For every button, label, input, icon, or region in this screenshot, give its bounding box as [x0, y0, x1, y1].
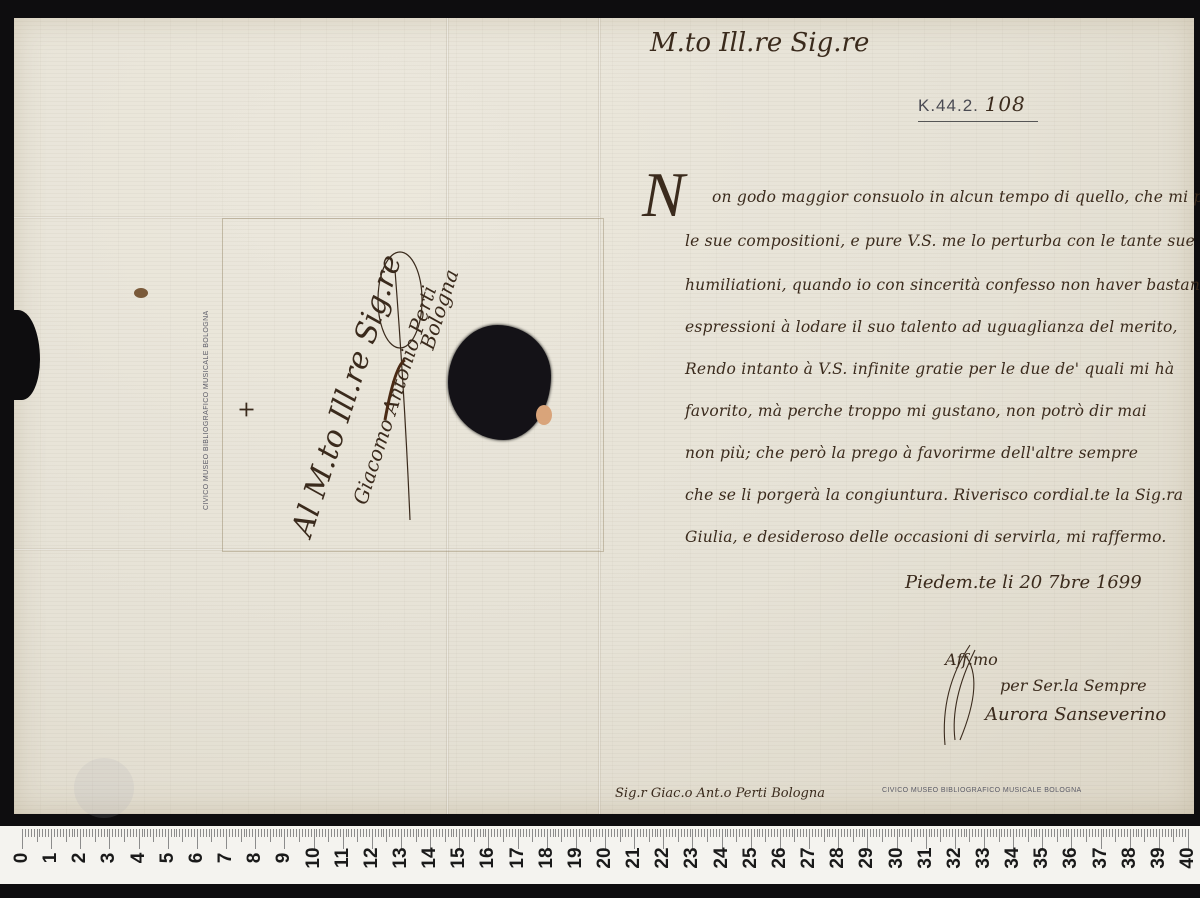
- ruler-tick: [433, 829, 434, 837]
- ruler-tick: [920, 829, 921, 837]
- wax-seal: [448, 325, 551, 440]
- ruler-tick: [1063, 829, 1064, 837]
- ruler-tick: [1153, 829, 1154, 837]
- ruler-tick: [25, 829, 26, 837]
- ruler-tick: [739, 829, 740, 837]
- ruler-tick: [937, 829, 938, 837]
- ruler-tick: [975, 829, 976, 837]
- ruler-tick: [637, 829, 638, 837]
- library-stamp-vertical: CIVICO MUSEO BIBLIOGRAFICO MUSICALE BOLO…: [203, 310, 210, 510]
- ruler-tick: [978, 829, 979, 837]
- ruler-tick: [37, 829, 38, 842]
- ruler-label: 36: [1059, 841, 1083, 875]
- ruler-tick: [287, 829, 288, 837]
- ruler-tick: [471, 829, 472, 837]
- ruler-tick: [713, 829, 714, 837]
- ruler-label: 35: [1030, 841, 1054, 875]
- ruler-tick: [999, 829, 1000, 842]
- ruler-tick: [1060, 829, 1061, 837]
- signature-flourish: [930, 640, 990, 750]
- ruler-label: 30: [885, 841, 909, 875]
- body-line-7: non più; che però la prego à favorirme d…: [685, 444, 1138, 462]
- ruler-tick: [407, 829, 408, 837]
- ruler-tick: [246, 829, 247, 837]
- ruler-tick: [762, 829, 763, 837]
- ruler-tick: [299, 829, 300, 842]
- ruler-tick: [348, 829, 349, 837]
- ruler-tick: [375, 829, 376, 837]
- ruler-tick: [646, 829, 647, 837]
- cross-mark: +: [235, 400, 260, 418]
- ruler-tick: [281, 829, 282, 837]
- ruler-tick: [351, 829, 352, 837]
- ruler-tick: [191, 829, 192, 837]
- ruler-tick: [410, 829, 411, 837]
- ruler-tick: [742, 829, 743, 837]
- ruler-tick: [940, 829, 941, 842]
- ruler-tick: [325, 829, 326, 837]
- ruler-tick: [334, 829, 335, 837]
- ruler-tick: [535, 829, 536, 837]
- ruler-label: 5: [156, 841, 180, 875]
- ruler-tick: [474, 829, 475, 842]
- ruler-tick: [567, 829, 568, 837]
- ruler-tick: [483, 829, 484, 837]
- ruler-tick: [783, 829, 784, 837]
- ruler-tick: [902, 829, 903, 837]
- ruler-tick: [31, 829, 32, 837]
- ruler-tick: [445, 829, 446, 842]
- ruler-tick: [952, 829, 953, 837]
- ruler-tick: [923, 829, 924, 837]
- ruler-tick: [98, 829, 99, 837]
- ruler-tick: [687, 829, 688, 837]
- ruler-tick: [669, 829, 670, 837]
- ruler-tick: [127, 829, 128, 837]
- ruler-tick: [553, 829, 554, 837]
- ruler-tick: [958, 829, 959, 837]
- ruler-tick: [832, 829, 833, 837]
- ruler-tick: [1010, 829, 1011, 837]
- ruler-tick: [631, 829, 632, 837]
- ruler-tick: [395, 829, 396, 837]
- ruler-tick: [520, 829, 521, 837]
- ruler-tick: [115, 829, 116, 837]
- ruler-tick: [86, 829, 87, 837]
- ruler-tick: [389, 829, 390, 837]
- ruler-tick: [555, 829, 556, 837]
- ruler-label: 10: [302, 841, 326, 875]
- ruler-tick: [404, 829, 405, 837]
- ruler-tick: [39, 829, 40, 837]
- ruler-tick: [331, 829, 332, 837]
- ruler-tick: [1077, 829, 1078, 837]
- ruler-tick: [625, 829, 626, 837]
- ruler-tick: [217, 829, 218, 837]
- ruler-tick: [337, 829, 338, 837]
- ruler-tick: [1138, 829, 1139, 837]
- ruler-tick: [515, 829, 516, 837]
- ruler-tick: [824, 829, 825, 842]
- ruler-tick: [328, 829, 329, 842]
- ruler-tick: [427, 829, 428, 837]
- ruler-tick: [704, 829, 705, 837]
- measurement-ruler: 0123456789101112131415161718192021222324…: [0, 826, 1200, 884]
- ruler-tick: [794, 829, 795, 842]
- ruler-tick: [725, 829, 726, 837]
- ruler-tick: [856, 829, 857, 837]
- ruler-tick: [1109, 829, 1110, 837]
- ruler-tick: [931, 829, 932, 837]
- ruler-tick: [1098, 829, 1099, 837]
- ruler-tick: [182, 829, 183, 842]
- ruler-tick: [981, 829, 982, 837]
- ruler-tick: [1022, 829, 1023, 837]
- ruler-tick: [964, 829, 965, 837]
- ruler-tick: [593, 829, 594, 837]
- ruler-tick: [188, 829, 189, 837]
- ruler-tick: [477, 829, 478, 837]
- ruler-tick: [987, 829, 988, 837]
- ruler-tick: [1051, 829, 1052, 837]
- ruler-tick: [620, 829, 621, 842]
- ruler-label: 23: [680, 841, 704, 875]
- ruler-tick: [1066, 829, 1067, 837]
- ruler-tick: [719, 829, 720, 837]
- ruler-tick: [232, 829, 233, 837]
- ruler-tick: [398, 829, 399, 837]
- ruler-tick: [203, 829, 204, 837]
- ruler-tick: [369, 829, 370, 837]
- ruler-tick: [485, 829, 486, 837]
- ruler-tick: [72, 829, 73, 837]
- ruler-tick: [121, 829, 122, 837]
- ruler-label: 6: [185, 841, 209, 875]
- ruler-tick: [34, 829, 35, 837]
- ruler-tick: [465, 829, 466, 837]
- ruler-tick: [882, 829, 883, 842]
- ruler-tick: [876, 829, 877, 837]
- ruler-tick: [1028, 829, 1029, 842]
- ruler-tick: [602, 829, 603, 837]
- ruler-tick: [1086, 829, 1087, 842]
- ruler-tick: [357, 829, 358, 842]
- ruler-tick: [538, 829, 539, 837]
- seal-residue: [536, 405, 552, 425]
- ruler-label: 32: [943, 841, 967, 875]
- ruler-tick: [748, 829, 749, 837]
- ruler-tick: [660, 829, 661, 837]
- address-flourish: [365, 250, 455, 530]
- ruler-tick: [354, 829, 355, 837]
- ruler-tick: [480, 829, 481, 837]
- ruler-label: 27: [797, 841, 821, 875]
- ruler-tick: [66, 829, 67, 842]
- ruler-tick: [870, 829, 871, 837]
- ruler-tick: [1127, 829, 1128, 837]
- ruler-tick: [818, 829, 819, 837]
- ruler-tick: [698, 829, 699, 837]
- ruler-tick: [500, 829, 501, 837]
- ruler-label: 33: [972, 841, 996, 875]
- ruler-tick: [424, 829, 425, 837]
- ruler-tick: [1133, 829, 1134, 837]
- ruler-tick: [316, 829, 317, 837]
- ruler-tick: [1173, 829, 1174, 842]
- ruler-tick: [101, 829, 102, 837]
- ruler-tick: [293, 829, 294, 837]
- ruler-tick: [211, 829, 212, 842]
- ruler-tick: [585, 829, 586, 837]
- body-line-8: che se li porgerà la congiuntura. Riveri…: [685, 486, 1183, 504]
- ruler-tick: [707, 829, 708, 842]
- ruler-tick: [223, 829, 224, 837]
- ruler-label: 7: [214, 841, 238, 875]
- ruler-tick: [754, 829, 755, 837]
- ruler-tick: [966, 829, 967, 837]
- ruler-label: 19: [564, 841, 588, 875]
- ruler-tick: [657, 829, 658, 837]
- ruler-label: 38: [1118, 841, 1142, 875]
- ruler-tick: [1156, 829, 1157, 837]
- ruler-tick: [1025, 829, 1026, 837]
- ruler-tick: [1141, 829, 1142, 837]
- ruler-tick: [1124, 829, 1125, 837]
- ruler-tick: [252, 829, 253, 837]
- ruler-tick: [1176, 829, 1177, 837]
- ruler-tick: [174, 829, 175, 837]
- ruler-tick: [608, 829, 609, 837]
- ruler-tick: [640, 829, 641, 837]
- ruler-tick: [894, 829, 895, 837]
- ruler-tick: [413, 829, 414, 837]
- ruler-tick: [759, 829, 760, 837]
- ruler-tick: [57, 829, 58, 837]
- ruler-tick: [771, 829, 772, 837]
- ruler-tick: [1068, 829, 1069, 837]
- ruler-tick: [812, 829, 813, 837]
- ruler-tick: [588, 829, 589, 837]
- ruler-tick: [1034, 829, 1035, 837]
- ruler-label: 14: [418, 841, 442, 875]
- ruler-tick: [1019, 829, 1020, 837]
- ruler-label: 18: [535, 841, 559, 875]
- body-line-5: Rendo intanto à V.S. infinite gratie per…: [685, 360, 1174, 378]
- ruler-tick: [360, 829, 361, 837]
- ruler-tick: [972, 829, 973, 837]
- ruler-tick: [1083, 829, 1084, 837]
- shelfmark-prefix: K.44.2.: [918, 96, 979, 115]
- ruler-tick: [200, 829, 201, 837]
- ruler-tick: [1106, 829, 1107, 837]
- ruler-tick: [1162, 829, 1163, 837]
- ruler-tick: [523, 829, 524, 837]
- ruler-tick: [381, 829, 382, 837]
- ruler-tick: [806, 829, 807, 837]
- ruler-tick: [1147, 829, 1148, 837]
- salutation: M.to Ill.re Sig.re: [650, 28, 869, 58]
- library-stamp: CIVICO MUSEO BIBLIOGRAFICO MUSICALE BOLO…: [882, 787, 1082, 794]
- ruler-tick: [727, 829, 728, 837]
- ruler-label: 20: [593, 841, 617, 875]
- ruler-tick: [853, 829, 854, 842]
- ruler-label: 8: [243, 841, 267, 875]
- ruler-tick: [214, 829, 215, 837]
- ruler-tick: [194, 829, 195, 837]
- ruler-tick: [1115, 829, 1116, 842]
- ruler-tick: [961, 829, 962, 837]
- shelfmark-number: 108: [985, 92, 1026, 116]
- ruler-tick: [95, 829, 96, 842]
- ruler-tick: [238, 829, 239, 837]
- ruler-tick: [442, 829, 443, 837]
- ruler-label: 26: [768, 841, 792, 875]
- ruler-tick: [934, 829, 935, 837]
- ruler-tick: [611, 829, 612, 837]
- ruler-tick: [695, 829, 696, 837]
- ruler-label: 2: [68, 841, 92, 875]
- ruler-tick: [1045, 829, 1046, 837]
- ruler-tick: [768, 829, 769, 837]
- ruler-label: 9: [272, 841, 296, 875]
- ruler-tick: [800, 829, 801, 837]
- ruler-tick: [171, 829, 172, 837]
- ruler-tick: [847, 829, 848, 837]
- body-line-2: le sue compositioni, e pure V.S. me lo p…: [685, 232, 1195, 250]
- ruler-tick: [1089, 829, 1090, 837]
- ruler-tick: [124, 829, 125, 842]
- ruler-tick: [541, 829, 542, 837]
- ruler-label: 13: [389, 841, 413, 875]
- ruler-tick: [209, 829, 210, 837]
- ruler-tick: [899, 829, 900, 837]
- ruler-tick: [844, 829, 845, 837]
- ruler-label: 24: [710, 841, 734, 875]
- ruler-tick: [990, 829, 991, 837]
- ruler-tick: [104, 829, 105, 837]
- ruler-tick: [1185, 829, 1186, 837]
- ruler-label: 16: [476, 841, 500, 875]
- ruler-tick: [1144, 829, 1145, 842]
- footer-address: Sig.r Giac.o Ant.o Perti Bologna: [615, 786, 825, 801]
- ruler-tick: [649, 829, 650, 842]
- ruler-tick: [558, 829, 559, 837]
- ruler-tick: [1165, 829, 1166, 837]
- ruler-tick: [736, 829, 737, 842]
- ruler-tick: [279, 829, 280, 837]
- ruler-tick: [1001, 829, 1002, 837]
- ruler-tick: [308, 829, 309, 837]
- ruler-label: 28: [826, 841, 850, 875]
- ruler-tick: [730, 829, 731, 837]
- ruler-tick: [873, 829, 874, 837]
- ruler-tick: [789, 829, 790, 837]
- ruler-tick: [864, 829, 865, 837]
- ruler-tick: [1036, 829, 1037, 837]
- ruler-tick: [118, 829, 119, 837]
- ruler-tick: [340, 829, 341, 837]
- ruler-tick: [392, 829, 393, 837]
- ruler-tick: [453, 829, 454, 837]
- ruler-tick: [235, 829, 236, 837]
- ruler-tick: [159, 829, 160, 837]
- ruler-tick: [270, 829, 271, 842]
- ruler-tick: [264, 829, 265, 837]
- ruler-tick: [532, 829, 533, 842]
- ruler-tick: [943, 829, 944, 837]
- ruler-tick: [815, 829, 816, 837]
- ruler-label: 39: [1147, 841, 1171, 875]
- ruler-tick: [803, 829, 804, 837]
- ruler-tick: [1168, 829, 1169, 837]
- ruler-tick: [494, 829, 495, 837]
- ruler-tick: [862, 829, 863, 837]
- ruler-tick: [690, 829, 691, 837]
- ruler-label: 22: [651, 841, 675, 875]
- ruler-tick: [503, 829, 504, 842]
- ruler-label: 37: [1089, 841, 1113, 875]
- ruler-tick: [185, 829, 186, 837]
- ruler-tick: [859, 829, 860, 837]
- ruler-tick: [383, 829, 384, 837]
- ruler-label: 0: [10, 841, 34, 875]
- ruler-tick: [599, 829, 600, 837]
- ruler-tick: [229, 829, 230, 837]
- shelfmark: K.44.2. 108: [918, 92, 1026, 116]
- ruler-tick: [701, 829, 702, 837]
- ruler-tick: [1057, 829, 1058, 842]
- ruler-tick: [733, 829, 734, 837]
- ruler-tick: [206, 829, 207, 837]
- ruler-tick: [1103, 829, 1104, 837]
- ruler-tick: [346, 829, 347, 837]
- ruler-tick: [829, 829, 830, 837]
- shelfmark-underline: [918, 121, 1038, 122]
- closing-line-2: per Ser.la Sempre: [1000, 676, 1147, 695]
- ruler-label: 25: [739, 841, 763, 875]
- ruler-tick: [561, 829, 562, 842]
- ruler-tick: [841, 829, 842, 837]
- ruler-tick: [276, 829, 277, 837]
- ruler-tick: [529, 829, 530, 837]
- ruler-tick: [436, 829, 437, 837]
- ruler-tick: [1179, 829, 1180, 837]
- ruler-tick: [914, 829, 915, 837]
- ruler-tick: [526, 829, 527, 837]
- ruler-tick: [596, 829, 597, 837]
- ruler-tick: [1007, 829, 1008, 837]
- ruler-tick: [468, 829, 469, 837]
- ruler-label: 11: [331, 841, 355, 875]
- ruler-tick: [614, 829, 615, 837]
- ruler-tick: [506, 829, 507, 837]
- ruler-tick: [322, 829, 323, 837]
- ruler-tick: [421, 829, 422, 837]
- ruler-tick: [144, 829, 145, 837]
- ruler-tick: [1074, 829, 1075, 837]
- ruler-tick: [1095, 829, 1096, 837]
- ruler-tick: [42, 829, 43, 837]
- ruler-tick: [1016, 829, 1017, 837]
- ruler-tick: [509, 829, 510, 837]
- ruler-tick: [774, 829, 775, 837]
- ruler-tick: [949, 829, 950, 837]
- ruler-tick: [258, 829, 259, 837]
- ruler-tick: [745, 829, 746, 837]
- ruler-tick: [130, 829, 131, 837]
- ruler-tick: [716, 829, 717, 837]
- ruler-tick: [757, 829, 758, 837]
